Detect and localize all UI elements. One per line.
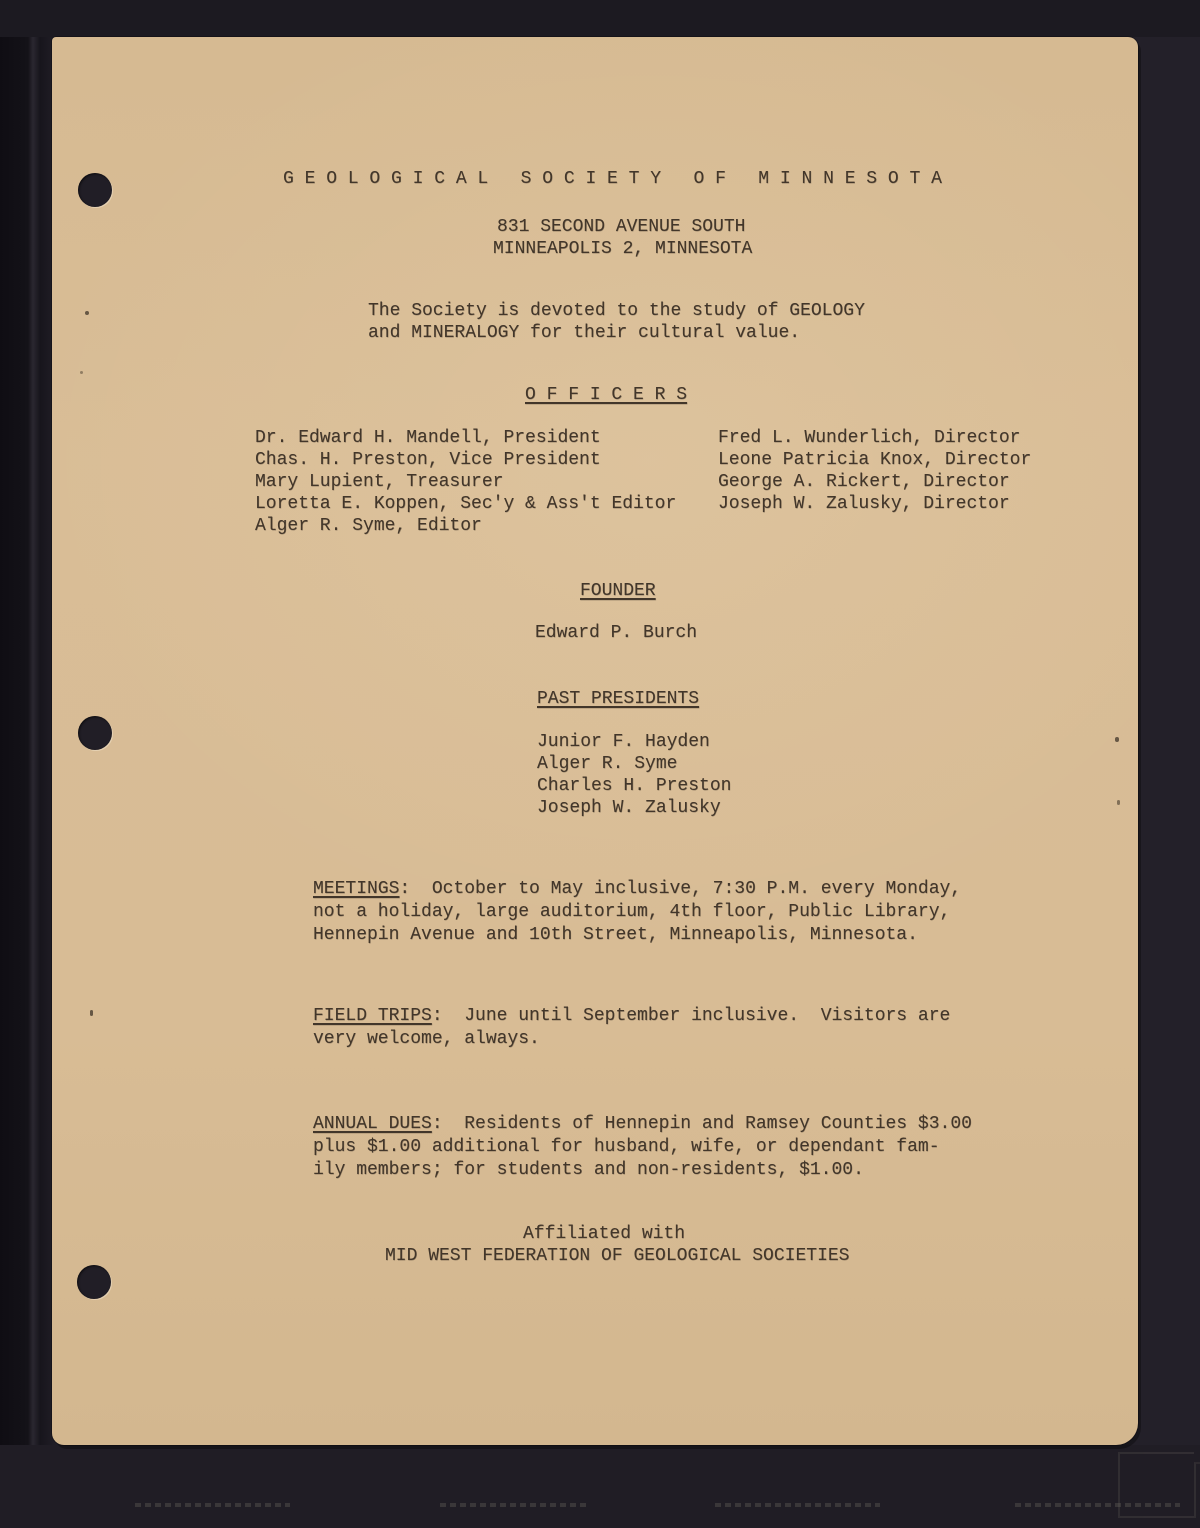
officer-row: Alger R. Syme, Editor [255,515,482,537]
scan-speck [90,1010,93,1016]
scan-artifact [1118,1452,1194,1518]
officer-row: Leone Patricia Knox, Director [718,449,1031,471]
field-trips-label: FIELD TRIPS [313,1006,432,1026]
affiliation-line-1: Affiliated with [523,1223,685,1245]
field-trips-paragraph: FIELD TRIPS: June until September inclus… [313,1005,1013,1051]
officer-row: George A. Rickert, Director [718,471,1010,493]
address-line-2: MINNEAPOLIS 2, MINNESOTA [493,238,752,260]
film-edge-marks [440,1503,590,1507]
document-page: G E O L O G I C A L S O C I E T Y O F M … [52,37,1138,1445]
past-presidents-heading: PAST PRESIDENTS [537,688,699,710]
meetings-paragraph: MEETINGS: October to May inclusive, 7:30… [313,878,1013,947]
meetings-label: MEETINGS [313,879,399,899]
officers-heading: O F F I C E R S [525,384,687,406]
scan-speck [85,311,89,315]
mission-statement: The Society is devoted to the study of G… [368,300,865,344]
annual-dues-label: ANNUAL DUES [313,1114,432,1134]
past-president-row: Alger R. Syme [537,753,677,775]
scan-artifact-inner [1194,1462,1200,1518]
punch-hole-bottom [77,1265,111,1299]
punch-hole-middle [78,716,112,750]
address-line-1: 831 SECOND AVENUE SOUTH [497,216,745,238]
officer-row: Loretta E. Koppen, Sec'y & Ass't Editor [255,493,676,515]
scan-background-bottom [0,1445,1200,1528]
meetings-text: : October to May inclusive, 7:30 P.M. ev… [313,879,961,945]
officer-row: Fred L. Wunderlich, Director [718,427,1020,449]
scan-background-top [0,0,1200,37]
scan-speck [80,371,83,374]
officer-row: Dr. Edward H. Mandell, President [255,427,601,449]
annual-dues-paragraph: ANNUAL DUES: Residents of Hennepin and R… [313,1113,1033,1182]
past-president-row: Joseph W. Zalusky [537,797,721,819]
affiliation-line-2: MID WEST FEDERATION OF GEOLOGICAL SOCIET… [385,1245,849,1267]
film-edge-marks [715,1503,880,1507]
past-president-row: Charles H. Preston [537,775,731,797]
officer-row: Joseph W. Zalusky, Director [718,493,1010,515]
founder-name: Edward P. Burch [535,622,697,644]
scan-speck [1117,800,1120,805]
film-edge-marks [135,1503,290,1507]
punch-hole-top [78,173,112,207]
page-title: G E O L O G I C A L S O C I E T Y O F M … [283,168,942,190]
officer-row: Chas. H. Preston, Vice President [255,449,601,471]
scan-speck [1115,737,1119,742]
past-president-row: Junior F. Hayden [537,731,710,753]
founder-heading: FOUNDER [580,580,656,602]
officer-row: Mary Lupient, Treasurer [255,471,503,493]
